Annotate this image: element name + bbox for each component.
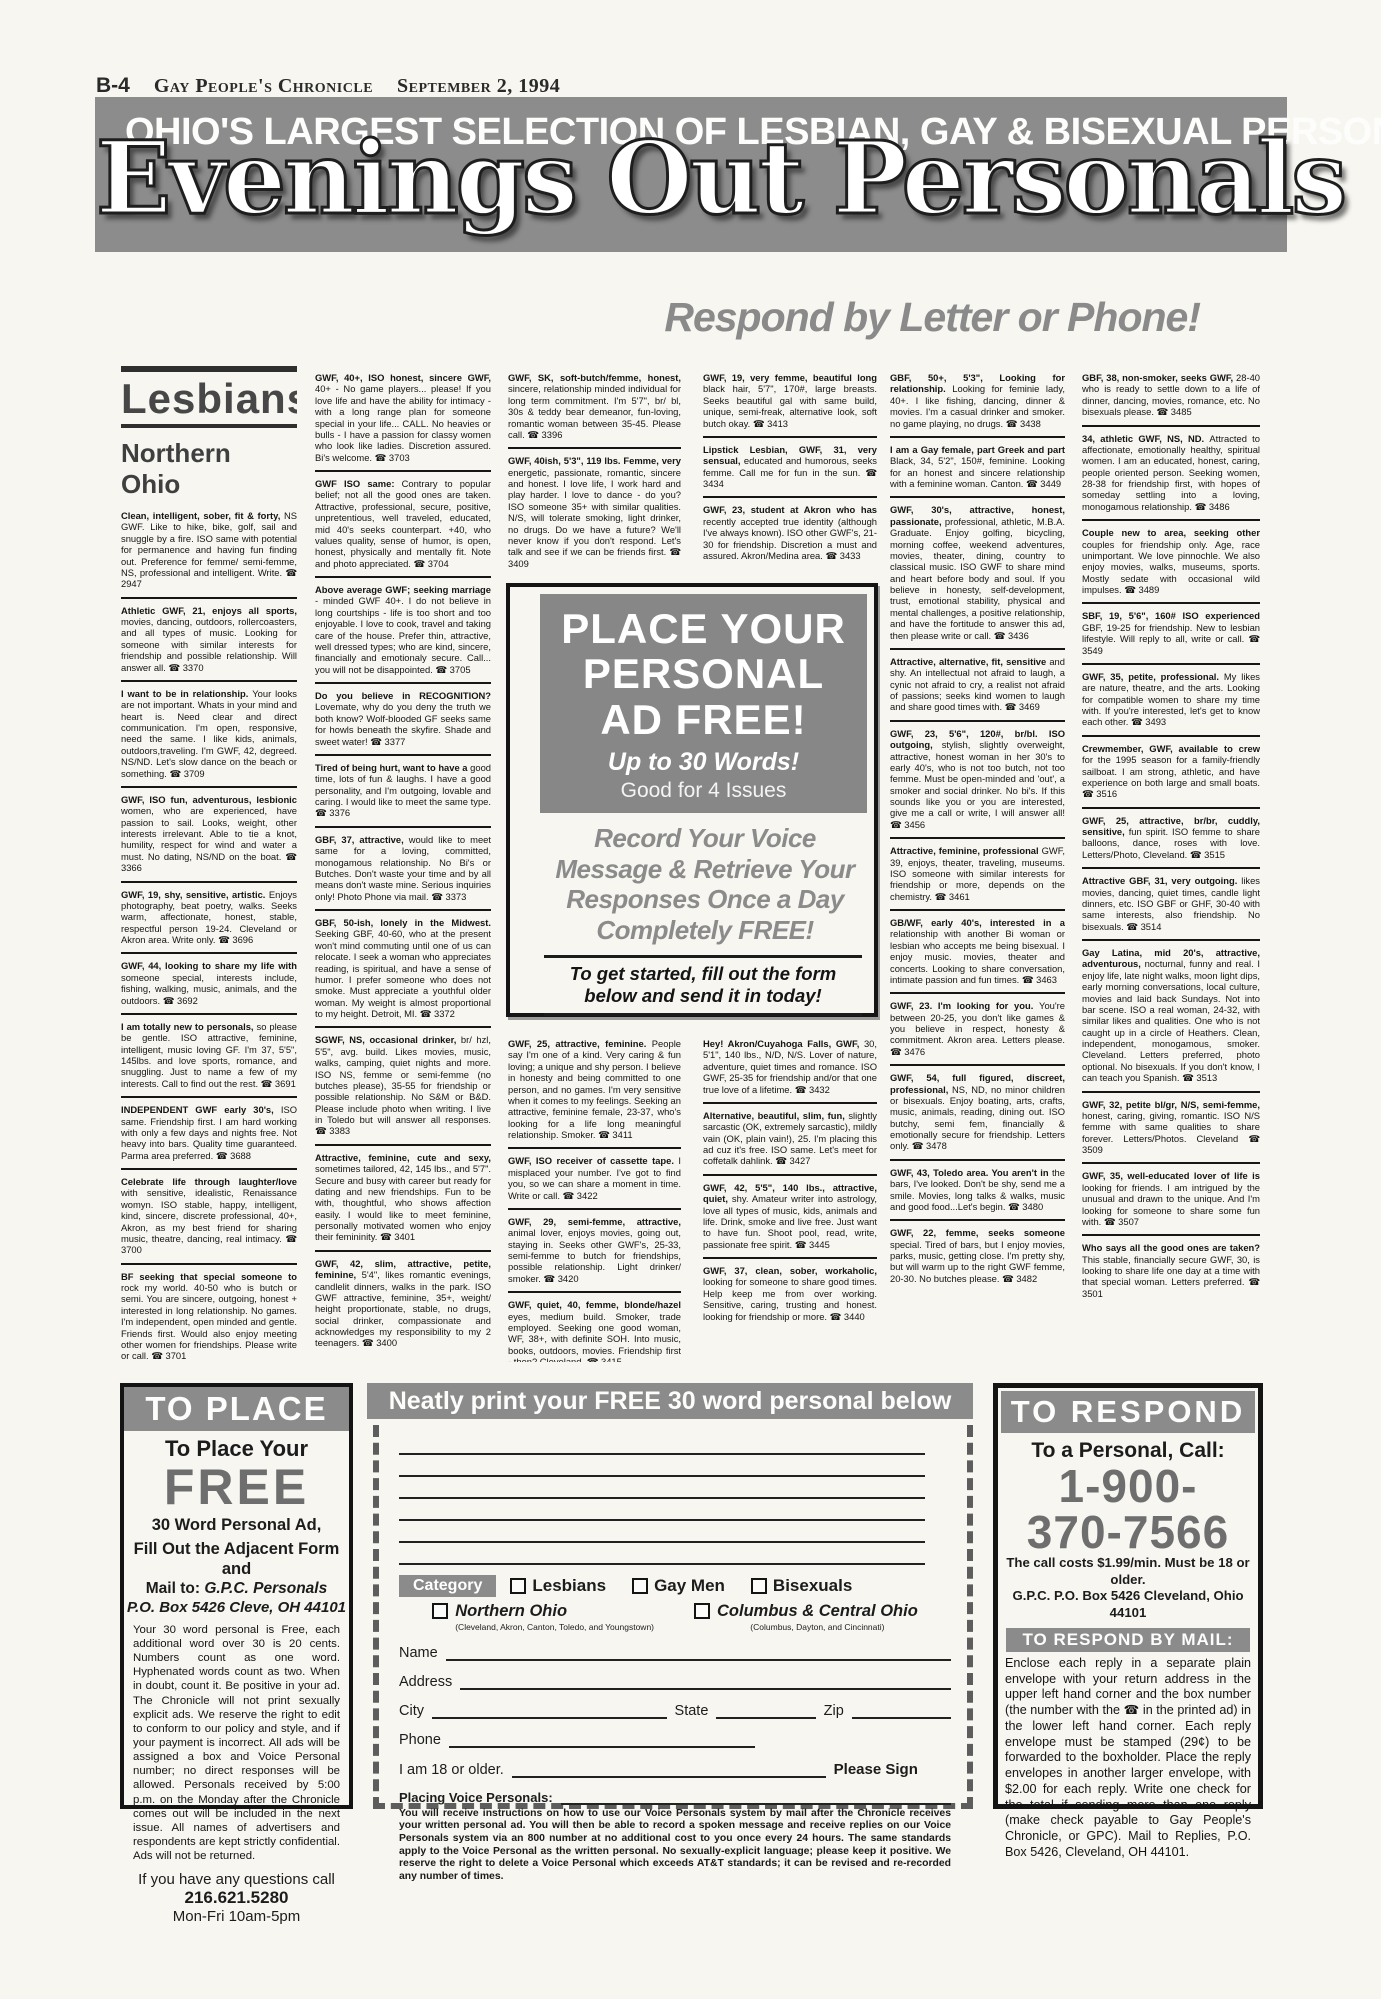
office-phone-number: 216.621.5280 [124,1888,349,1908]
ad-lead: GBF, 50-ish, lonely in the Midwest. [315,917,491,928]
ads-list: GWF, 40+, ISO honest, sincere GWF, 40+ -… [315,366,491,1356]
personal-ad: Do you believe in RECOGNITION? Lovemate,… [315,684,491,756]
ad-lead: Clean, intelligent, sober, fit & forty, [121,510,284,521]
write-in-line [399,1433,925,1455]
ad-lead: GWF, quiet, 40, femme, blonde/hazel [508,1299,681,1310]
mail-to-line: Mail to: G.P.C. Personals [124,1580,349,1598]
ad-lead: GWF, 40ish, 5'3", 119 lbs. Femme, very [508,455,681,466]
ad-lead: I am a Gay female, part Greek and part [890,444,1065,455]
region-options: Northern Ohio(Cleveland, Akron, Canton, … [399,1603,951,1632]
ads-list: GBF, 50+, 5'3", Looking for relationship… [890,366,1065,1291]
good-for-4-issues: Good for 4 Issues [542,779,865,803]
personal-ad: GWF, ISO receiver of cassette tape. I mi… [508,1149,681,1210]
ads-list: GBF, 38, non-smoker, seeks GWF, 28-40 wh… [1082,366,1260,1306]
personal-ad: Attractive, feminine, cute and sexy, som… [315,1146,491,1252]
ad-lead: GWF, 22, femme, seeks someone [890,1227,1065,1238]
office-hours: Mon-Fri 10am-5pm [124,1908,349,1925]
personal-ad: GWF, 42, slim, attractive, petite, femin… [315,1252,491,1356]
ad-lead: Tired of being hurt, want to have a [315,762,470,773]
ad-lead: Alternative, beautiful, slim, fun, [703,1110,848,1121]
personal-ad: GWF, 30's, attractive, honest, passionat… [890,498,1065,650]
heading-rule [561,1797,951,1805]
region-option: Columbus & Central Ohio(Columbus, Dayton… [694,1603,918,1632]
region-cities: (Columbus, Dayton, and Cincinnati) [717,1622,918,1632]
zip-label: Zip [824,1703,844,1719]
personal-ad: Attractive, feminine, professional GWF, … [890,839,1065,911]
newspaper-page: B-4 Gay People's Chronicle September 2, … [0,0,1381,1999]
ad-lead: Celebrate life through laughter/love [121,1176,297,1187]
personal-ad: GWF, 35, well-educated lover of life is … [1082,1164,1260,1236]
ads-list: GWF, 19, very femme, beautiful long blac… [703,366,877,580]
personal-ad: GBF, 50-ish, lonely in the Midwest. Seek… [315,911,491,1028]
panel-headline-2: PERSONAL [542,651,865,696]
section-subheading: Northern Ohio [121,438,297,500]
form-header: Neatly print your FREE 30 word personal … [367,1383,973,1419]
personal-ad: GWF ISO same: Contrary to popular belief… [315,472,491,578]
form-coupon: Category LesbiansGay MenBisexuals Northe… [373,1425,973,1809]
personal-ad: GWF, 22, femme, seeks someone special. T… [890,1221,1065,1291]
personal-ad: GWF, 40+, ISO honest, sincere GWF, 40+ -… [315,366,491,472]
ad-body: someone special, interests include, fish… [121,972,297,1006]
voice-personals-heading: Placing Voice Personals: [399,1790,553,1805]
ad-body: Contrary to popular belief; not all the … [315,478,491,569]
checkbox-icon [432,1603,448,1619]
place-ad-free-box: PLACE YOUR PERSONAL AD FREE! Up to 30 Wo… [506,583,878,1017]
personal-ad: GWF, 23, 5'6", 120#, br/bl. ISO outgoing… [890,722,1065,839]
checkbox-icon [694,1603,710,1619]
personal-ad: I want to be in relationship. Your looks… [121,682,297,788]
up-to-30-words: Up to 30 Words! [542,748,865,777]
ad-body: Your looks are not important. Whats in y… [121,688,297,779]
personal-ad: GWF, 42, 5'5", 140 lbs., attractive, qui… [703,1176,877,1259]
personal-ad: Attractive GBF, 31, very outgoing. likes… [1082,869,1260,941]
section-rule [121,366,297,372]
ad-body: black hair, 5'7", 170#, large breasts. S… [703,383,877,428]
respond-by-mail-instructions: Enclose each reply in a separate plain e… [1005,1656,1251,1861]
ad-lead: Hey! Akron/Cuyahoga Falls, GWF, [703,1038,864,1049]
respond-phone-line1: 1-900- [998,1463,1258,1509]
to-respond-header: TO RESPOND [1001,1391,1255,1433]
ad-lead: INDEPENDENT GWF early 30's, [121,1104,281,1115]
ad-lead: 34, athletic GWF, NS, ND. [1082,433,1209,444]
ads-list: Clean, intelligent, sober, fit & forty, … [121,504,297,1362]
ad-body: nocturnal, funny and real. I enjoy life,… [1082,958,1260,1083]
personal-ad: Hey! Akron/Cuyahoga Falls, GWF, 30, 5'1"… [703,1032,877,1104]
ad-body: couples for friendship only. Age, race u… [1082,539,1260,596]
personal-ad: GWF, 37, clean, sober, workaholic, looki… [703,1259,877,1329]
personal-ad: I am a Gay female, part Greek and part B… [890,438,1065,499]
ads-column-2: GWF, 40+, ISO honest, sincere GWF, 40+ -… [315,366,491,1362]
ad-body: stylish, slightly overweight, attractive… [890,739,1065,830]
call-cost: The call costs $1.99/min. Must be 18 or … [998,1555,1258,1588]
personal-ad: INDEPENDENT GWF early 30's, ISO same. Fr… [121,1098,297,1170]
personal-ad: Athletic GWF, 21, enjoys all sports, mov… [121,599,297,682]
region-name: Columbus & Central Ohio [717,1603,918,1620]
ad-lead: Do you believe in RECOGNITION? [315,690,491,701]
ad-body: relationship with another Bi woman or le… [890,928,1065,985]
ad-lead: GWF, 29, semi-femme, attractive, [508,1216,681,1227]
ad-body: GBF, 19-25 for friendship. New to lesbia… [1082,622,1260,656]
ad-lead: GWF, 19, shy, sensitive, artistic. [121,889,269,900]
section-rule [121,424,297,428]
ad-lead: GWF ISO same: [315,478,402,489]
ad-lead: SGWF, NS, occasional drinker, [315,1034,461,1045]
ad-body: women, who are experienced, have passion… [121,805,297,873]
address-blank [460,1676,951,1690]
ad-lead: Crewmember, GWF, available to crew [1082,743,1260,754]
ad-body: with sensitive, idealistic, Renaissance … [121,1187,297,1255]
please-sign-label: Please Sign [834,1761,918,1778]
ad-lead: Attractive, feminine, professional [890,845,1042,856]
city-label: City [399,1703,424,1719]
ad-body: sincere, relationship minded individual … [508,383,681,440]
category-options: LesbiansGay MenBisexuals [510,1576,852,1596]
ads-column-6: GBF, 38, non-smoker, seeks GWF, 28-40 wh… [1082,366,1260,1362]
name-label: Name [399,1645,438,1661]
personal-ad: GBF, 50+, 5'3", Looking for relationship… [890,366,1065,438]
age-confirmation-label: I am 18 or older. [399,1762,504,1778]
ad-body: br/ hzl, 5'5", avg. build. Likes movies,… [315,1034,491,1136]
ad-body: People say I'm one of a kind. Very carin… [508,1038,681,1140]
ad-lead: I want to be in relationship. [121,688,252,699]
ad-body: Black, 34, 5'2", 150#, feminine. Looking… [890,455,1065,489]
category-option-label: Bisexuals [773,1576,852,1596]
ad-body: looking for friends. I am intrigued by t… [1082,1182,1260,1227]
personal-ad: SGWF, NS, occasional drinker, br/ hzl, 5… [315,1028,491,1145]
personal-ad: GWF, 32, petite bl/gr, N/S, semi-femme, … [1082,1093,1260,1165]
to-place-header: TO PLACE [124,1387,349,1431]
name-blank [446,1647,951,1661]
ad-lead: Attractive, alternative, fit, sensitive [890,656,1049,667]
state-label: State [675,1703,709,1719]
ad-lead: GWF, 37, clean, sober, workaholic, [703,1265,877,1276]
respond-phone-line2: 370-7566 [998,1509,1258,1555]
phone-blank [449,1734,755,1748]
panel-headline-1: PLACE YOUR [542,606,865,651]
ad-lead: GWF, ISO receiver of cassette tape. [508,1155,678,1166]
personal-ad: GBF, 37, attractive, would like to meet … [315,828,491,911]
personal-ad: GWF, 23, student at Akron who has recent… [703,498,877,568]
personal-ad: I am totally new to personals, so please… [121,1015,297,1098]
personal-ad: Celebrate life through laughter/love wit… [121,1170,297,1265]
zip-blank [852,1705,951,1719]
ad-body: eyes, medium build. Smoker, trade employ… [508,1311,681,1363]
to-place-body: Your 30 word personal is Free, each addi… [133,1623,340,1863]
personal-ad: Couple new to area, seeking other couple… [1082,521,1260,604]
ad-lead: GWF, ISO fun, adventurous, lesbionic [121,794,297,805]
ad-lead: GB/WF, early 40's, interested in a [890,917,1065,928]
ad-body: - minded GWF 40+. I do not believe in lo… [315,595,491,674]
ad-lead: GWF, 35, well-educated lover of life is [1082,1170,1260,1181]
ad-lead: GWF, 44, looking to share my life with [121,960,297,971]
personal-ad: 34, athletic GWF, NS, ND. Attracted to a… [1082,427,1260,522]
ad-body: professional, athletic, M.B.A. Graduate.… [890,516,1065,641]
ad-body: This stable, financially secure GWF, 30,… [1082,1254,1260,1299]
voice-personals-instructions: You will receive instructions on how to … [399,1808,951,1884]
personal-ad: Lipstick Lesbian, GWF, 31, very sensual,… [703,438,877,499]
ad-lead: BF seeking that special someone to [121,1271,297,1282]
personal-ad: GWF, 54, full figured, discreet, profess… [890,1066,1065,1161]
ad-body: rock my world. 40-50 who is butch or sem… [121,1282,297,1361]
ad-lead: Attractive, feminine, cute and sexy, [315,1152,491,1163]
ad-body: special. Tired of bars, but I enjoy movi… [890,1239,1065,1284]
write-in-lines [399,1433,951,1565]
personal-ad: GWF, 19, very femme, beautiful long blac… [703,366,877,438]
ad-body: recently accepted true identity (althoug… [703,516,877,561]
personal-ad: GWF, 19, shy, sensitive, artistic. Enjoy… [121,883,297,955]
ads-list: Hey! Akron/Cuyahoga Falls, GWF, 30, 5'1"… [703,1032,877,1329]
ad-body: honest, caring, giving, romantic. ISO N/… [1082,1110,1260,1155]
ads-column-1: Lesbians Northern Ohio Clean, intelligen… [121,366,297,1362]
ad-body: energetic, passionate, romantic, sincere… [508,467,681,569]
personal-ad: Tired of being hurt, want to have a good… [315,756,491,828]
personal-ad: Alternative, beautiful, slim, fun, sligh… [703,1104,877,1176]
checkbox-icon [751,1578,767,1594]
ad-form: Neatly print your FREE 30 word personal … [367,1383,973,1809]
mail-to-label: Mail to: [146,1580,200,1597]
paper-name: Gay People's Chronicle [154,75,373,98]
tagline: Respond by Letter or Phone! [520,294,1200,341]
personal-ad: GWF, 25, attractive, br/br, cuddly, sens… [1082,809,1260,870]
masthead: B-4 Gay People's Chronicle September 2, … [96,74,560,98]
ads-column-5: GBF, 50+, 5'3", Looking for relationship… [890,366,1065,1362]
personal-ad: GWF, 40ish, 5'3", 119 lbs. Femme, very e… [508,449,681,576]
ad-lead: Attractive GBF, 31, very outgoing. [1082,875,1241,886]
ad-body: Attracted to affectionate, emotionally h… [1082,433,1260,512]
ad-lead: SBF, 19, 5'6", 160# ISO experienced [1082,610,1260,621]
ad-body: 40+ - No game players... please! If you … [315,383,491,462]
to-place-box: TO PLACE To Place Your FREE 30 Word Pers… [120,1383,353,1809]
phone-field-row: Phone [399,1732,951,1748]
ad-body: movies, dancing, outdoors, rollercoaster… [121,616,297,673]
ad-lead: Athletic GWF, 21, enjoys all sports, [121,605,297,616]
personal-ad: Crewmember, GWF, available to crew for t… [1082,737,1260,809]
ad-lead: GWF, 35, petite, professional. [1082,671,1224,682]
ad-lead: Who says all the good ones are taken? [1082,1242,1260,1253]
ad-body: Lovemate, why do you deny the truth we b… [315,701,491,746]
ad-body: Seeking GBF, 40-60, who at the present w… [315,928,491,1019]
name-field-row: Name [399,1645,951,1661]
panel-headline-3: AD FREE! [542,697,865,742]
ad-lead: GWF, SK, soft-butch/femme, honest, [508,372,681,383]
ad-lead: GWF, 32, petite bl/gr, N/S, semi-femme, [1082,1099,1260,1110]
city-blank [432,1705,667,1719]
personal-ad: GWF, 35, petite, professional. My likes … [1082,665,1260,737]
voice-promo: Record Your Voice Message & Retrieve You… [542,823,868,946]
city-state-zip-row: City State Zip [399,1703,951,1719]
ad-body: NS GWF. Like to hike, bike, golf, sail a… [121,510,297,589]
age-sign-row: I am 18 or older. Please Sign [399,1761,951,1778]
place-ad-panel: PLACE YOUR PERSONAL AD FREE! Up to 30 Wo… [540,594,867,813]
ad-body: 5'4", likes romantic evenings, candlelit… [315,1269,491,1348]
address-label: Address [399,1674,452,1690]
personal-ad: GWF, quiet, 40, femme, blonde/hazel eyes… [508,1293,681,1362]
personal-ad: Who says all the good ones are taken? Th… [1082,1236,1260,1306]
write-in-line [399,1477,925,1499]
ad-lead: GBF, 38, non-smoker, seeks GWF, [1082,372,1236,383]
personal-ad: GWF, ISO fun, adventurous, lesbionic wom… [121,788,297,883]
ad-lead: GWF, 23. I'm looking for you. [890,1000,1039,1011]
region-name: Northern Ohio [455,1603,654,1620]
personal-ad: GWF, 44, looking to share my life with s… [121,954,297,1015]
write-in-line [399,1521,925,1543]
ad-lead: Above average GWF; seeking marriage [315,584,491,595]
write-in-line [399,1455,925,1477]
checkbox-icon [632,1578,648,1594]
fill-out-line: Fill Out the Adjacent Form and [124,1539,349,1580]
write-in-line [399,1543,925,1565]
personal-ad: GWF, 23. I'm looking for you. You're bet… [890,994,1065,1066]
personal-ad: SBF, 19, 5'6", 160# ISO experienced GBF,… [1082,604,1260,665]
signature-blank [512,1764,826,1778]
respond-by-mail-header: TO RESPOND BY MAIL: [1006,1628,1250,1652]
ad-lead: GBF, 37, attractive, [315,834,409,845]
personal-ad: GWF, SK, soft-butch/femme, honest, since… [508,366,681,449]
category-option-label: Gay Men [654,1576,725,1596]
ad-body: for the 1995 season for a family-friendl… [1082,754,1260,799]
personal-ad: Attractive, alternative, fit, sensitive … [890,650,1065,722]
state-blank [716,1705,815,1719]
ad-lead: GWF, 43, Toledo area. You aren't in [890,1167,1052,1178]
category-row: Category LesbiansGay MenBisexuals [399,1575,951,1597]
ad-body: animal lover, enjoys movies, going out, … [508,1227,681,1284]
ad-lead: GWF, 40+, ISO honest, sincere GWF, [315,372,491,383]
personal-ad: Gay Latina, mid 20's, attractive, advent… [1082,941,1260,1093]
address-field-row: Address [399,1674,951,1690]
category-option: Bisexuals [751,1576,852,1596]
questions-line: If you have any questions call [124,1871,349,1888]
ad-lead: GWF, 19, very femme, beautiful long [703,372,877,383]
personal-ad: GWF, 29, semi-femme, attractive, animal … [508,1210,681,1293]
write-in-line [399,1499,925,1521]
checkbox-icon [510,1578,526,1594]
gpc-address: G.P.C. P.O. Box 5426 Cleveland, Ohio 441… [998,1588,1258,1621]
get-started-cta: To get started, fill out the form below … [544,955,862,1016]
page-label: B-4 [96,74,130,98]
ad-lead: GWF, 25, attractive, feminine. [508,1038,652,1049]
ad-lead: GWF, 23, student at Akron who has [703,504,877,515]
personal-ad: GBF, 38, non-smoker, seeks GWF, 28-40 wh… [1082,366,1260,427]
mailing-address: P.O. Box 5426 Cleve, OH 44101 [124,1599,349,1616]
category-label: Category [399,1575,496,1597]
free-label: FREE [124,1462,349,1512]
ad-body: sometimes tailored, 42, 145 lbs., and 5'… [315,1163,491,1242]
ads-list: GWF, 25, attractive, feminine. People sa… [508,1032,681,1362]
thirty-word-line: 30 Word Personal Ad, [124,1515,349,1536]
region-cities: (Cleveland, Akron, Canton, Toledo, and Y… [455,1622,654,1632]
phone-label: Phone [399,1732,441,1748]
personal-ad: Above average GWF; seeking marriage - mi… [315,578,491,684]
ad-body: looking for someone to share good times.… [703,1276,877,1321]
issue-date: September 2, 1994 [397,75,560,98]
region-option: Northern Ohio(Cleveland, Akron, Canton, … [432,1603,654,1632]
gpc-personals: G.P.C. Personals [204,1580,327,1597]
page-title: Evenings Out Personals [96,126,1334,231]
to-respond-box: TO RESPOND To a Personal, Call: 1-900- 3… [993,1383,1263,1809]
personal-ad: Clean, intelligent, sober, fit & forty, … [121,504,297,599]
category-option: Lesbians [510,1576,606,1596]
personal-ad: GWF, 25, attractive, feminine. People sa… [508,1032,681,1149]
category-option-label: Lesbians [532,1576,606,1596]
ad-lead: Couple new to area, seeking other [1082,527,1260,538]
section-heading: Lesbians [121,376,297,420]
personal-ad: BF seeking that special someone to rock … [121,1265,297,1362]
category-option: Gay Men [632,1576,725,1596]
personal-ad: GB/WF, early 40's, interested in a relat… [890,911,1065,994]
voice-personals-heading-row: Placing Voice Personals: [399,1790,951,1805]
personal-ad: GWF, 43, Toledo area. You aren't in the … [890,1161,1065,1222]
ads-list: GWF, SK, soft-butch/femme, honest, since… [508,366,681,580]
ad-lead: I am totally new to personals, [121,1021,257,1032]
